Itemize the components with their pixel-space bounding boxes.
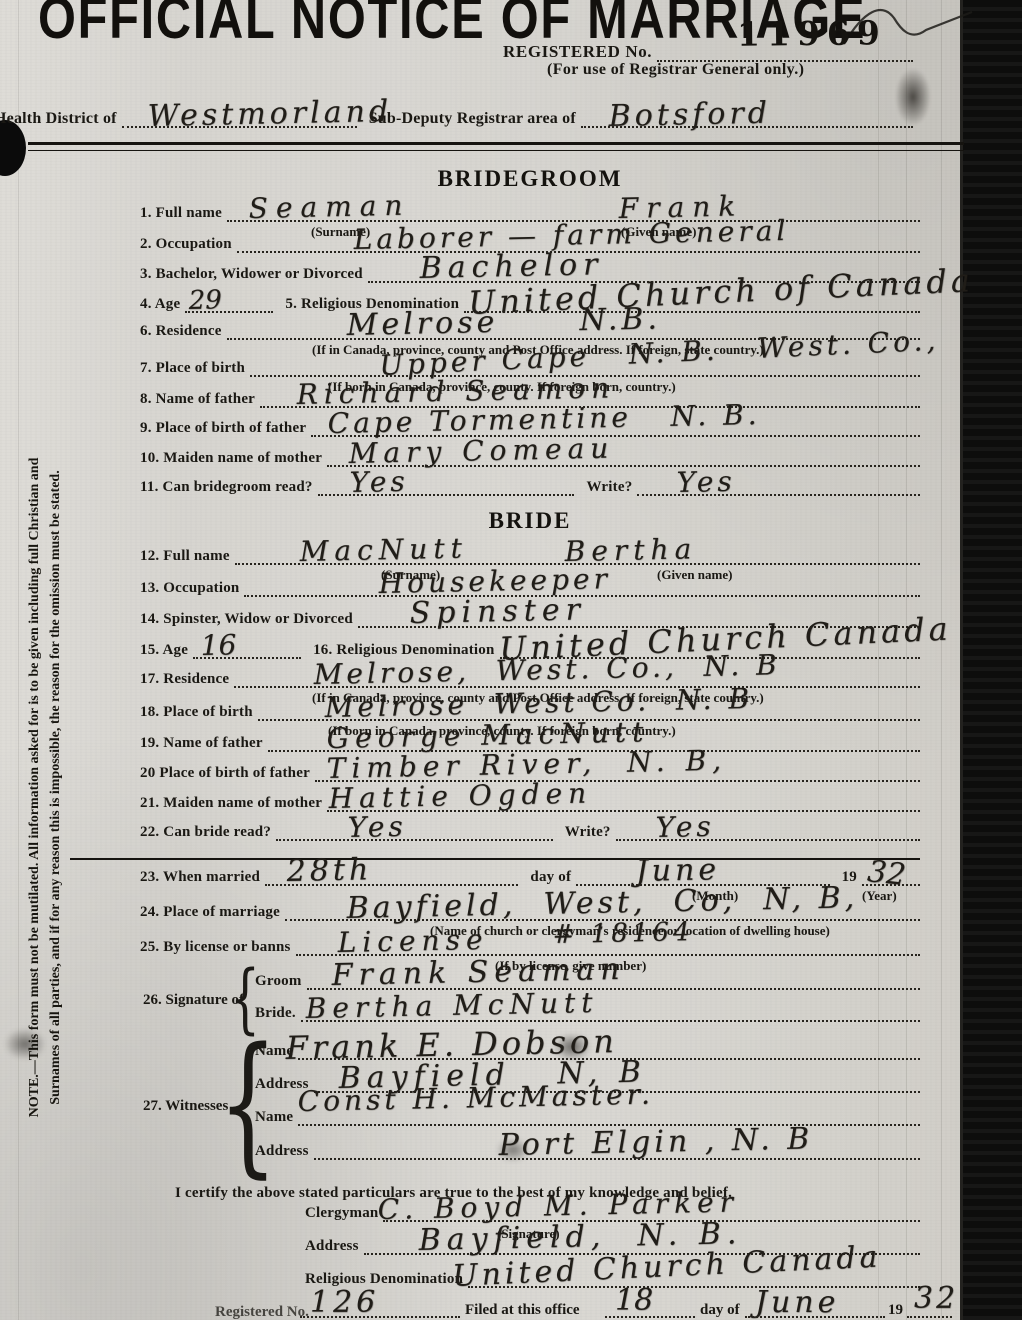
dotted-line: Yes [318, 472, 575, 496]
fold-line [18, 0, 19, 1320]
label-bride-residence: 17. Residence [140, 671, 234, 688]
footer-row: Registered No. 126 Filed at this office … [215, 1290, 942, 1320]
dotted-line: 16 [193, 635, 301, 659]
label-groom-full-name: 1. Full name [140, 205, 227, 222]
label-year-prefix: 19 [888, 1302, 903, 1319]
label-when-married: 23. When married [140, 869, 265, 886]
handwritten-witness2-address: Port Elgin , N. B [498, 1124, 813, 1161]
margin-note: NOTE.—This form must not be mutilated. A… [24, 390, 66, 1185]
handwritten-groom-read: Yes [349, 468, 409, 497]
dotted-line: Frank Seaman [307, 966, 920, 990]
dotted-line [605, 1316, 695, 1318]
label-groom-read: 11. Can bridegroom read? [140, 479, 318, 496]
label-license-or-banns: 25. By license or banns [140, 939, 296, 956]
handwritten-sub-deputy-area: Botsford [608, 99, 771, 132]
scan-black-edge [960, 0, 1022, 1320]
label-groom-status: 3. Bachelor, Widower or Divorced [140, 266, 368, 283]
margin-note-line2: Surnames of all parties, and if for any … [45, 390, 66, 1185]
label-witness-address: Address [255, 1143, 314, 1160]
row-bride-residence: 17. Residence Melrose, West. Co., N. B [140, 666, 920, 688]
label-day-of: day of [700, 1302, 740, 1319]
dotted-line: 28th [265, 862, 518, 886]
handwritten-filed-day: 18 [615, 1286, 653, 1316]
label-bride-status: 14. Spinster, Widow or Divorced [140, 611, 358, 628]
dotted-line: Cape Tormentine N. B. [311, 413, 920, 437]
label-witnesses: 27. Witnesses [143, 1098, 228, 1115]
dotted-line: Bertha McNutt [301, 998, 920, 1022]
row-witness2-address: Address Port Elgin , N. B [255, 1138, 920, 1160]
row-witness2-name: Name Const H. McMaster. [255, 1104, 920, 1126]
dotted-line: 29 [185, 289, 273, 313]
label-registered-no: Registered No. [215, 1304, 309, 1320]
handwritten-bride-mother: Hattie Ogden [328, 779, 592, 813]
label-groom-residence: 6. Residence [140, 323, 227, 340]
dotted-line [907, 1316, 952, 1318]
row-bride-full-name: 12. Full name MacNutt Bertha [140, 543, 920, 565]
double-rule [28, 142, 964, 151]
handwritten-license-word: License [337, 926, 488, 957]
label-groom-occupation: 2. Occupation [140, 236, 237, 253]
handwritten-license-number: # 18164 [552, 919, 693, 948]
handwritten-bride-surname: MacNutt [299, 534, 468, 566]
label-bride-birthplace: 18. Place of birth [140, 704, 258, 721]
handwritten-bride-birthplace: Melrose West Co. N. B [324, 685, 753, 722]
registered-number-row: REGISTERED No. [503, 40, 913, 62]
row-bride-mother: 21. Maiden name of mother Hattie Ogden [140, 790, 920, 812]
dotted-line: Yes [637, 472, 920, 496]
ink-blot [0, 120, 26, 176]
label-bride-read: 22. Can bride read? [140, 824, 276, 841]
registrar-general-note: (For use of Registrar General only.) [547, 61, 804, 79]
handwritten-bride-status: Spinster [409, 595, 586, 629]
handwritten-filed-month: June [755, 1288, 839, 1318]
label-bride-father: 19. Name of father [140, 735, 268, 752]
label-bride-father-birthplace: 20 Place of birth of father [140, 765, 315, 782]
label-groom-mother: 10. Maiden name of mother [140, 450, 327, 467]
handwritten-marriage-year: 32 [866, 857, 907, 891]
label-signature-of: 26. Signature of [143, 992, 244, 1009]
dotted-line: Botsford [581, 104, 913, 128]
label-clergyman: Clergyman [305, 1205, 383, 1222]
row-bride-literacy: 22. Can bride read? Yes Write? Yes [140, 819, 920, 841]
dotted-line [745, 1316, 885, 1318]
label-bride-full-name: 12. Full name [140, 548, 235, 565]
section-heading-bride: BRIDE [140, 508, 920, 534]
label-groom: Groom [255, 973, 307, 990]
section-heading-bridegroom: BRIDEGROOM [140, 166, 920, 192]
handwritten-health-district: Westmorland [147, 97, 392, 132]
label-witness-name: Name [255, 1109, 298, 1126]
handwritten-groom-residence: Melrose N.B. [346, 304, 661, 341]
dotted-line: Westmorland [122, 104, 357, 128]
dotted-line: Mary Comeau [327, 443, 920, 467]
handwritten-bride-write: Yes [655, 813, 715, 842]
dotted-line: Hattie Ogden [327, 788, 920, 812]
dotted-line: 32 [862, 862, 920, 886]
label-groom-father-birthplace: 9. Place of birth of father [140, 420, 311, 437]
handwritten-groom-mother: Mary Comeau [348, 434, 614, 468]
handwritten-place-of-marriage: Bayfield, West, Co, N, B, [346, 883, 858, 924]
row-bride-signature: Bride. Bertha McNutt [255, 1000, 920, 1022]
label-place-of-marriage: 24. Place of marriage [140, 904, 285, 921]
label-groom-age: 4. Age [140, 296, 185, 313]
dotted-line: Melrose, West. Co., N. B [234, 664, 920, 688]
label-groom-write: Write? [574, 479, 637, 496]
registered-number-label: REGISTERED No. [503, 42, 657, 62]
handwritten-bride-age: 16 [200, 631, 236, 660]
label-day-of: day of [518, 869, 576, 886]
handwritten-bride-signature: Bertha McNutt [305, 989, 598, 1023]
label-filed-at-office: Filed at this office [465, 1302, 580, 1319]
dotted-line: Port Elgin , N. B [314, 1136, 920, 1160]
section-divider-rule [70, 858, 920, 860]
dotted-line: Const H. McMaster. [298, 1102, 920, 1126]
health-district-label: Health District of [0, 110, 122, 128]
dotted-line [300, 1316, 460, 1318]
label-bride-occupation: 13. Occupation [140, 580, 244, 597]
dotted-line: MacNutt Bertha [235, 541, 920, 565]
dotted-line: United Church Canada [468, 1264, 920, 1288]
handwritten-filed-year: 32 [914, 1284, 958, 1314]
handwritten-registered-no: 126 [310, 1288, 379, 1318]
handwritten-bride-read: Yes [347, 813, 407, 842]
label-groom-father: 8. Name of father [140, 391, 260, 408]
label-bride-age: 15. Age [140, 642, 193, 659]
handwritten-bride-given-name: Bertha [564, 535, 697, 566]
dotted-line: Timber River, N. B, [315, 758, 920, 782]
label-bride-write: Write? [553, 824, 616, 841]
handwritten-witness2-name: Const H. McMaster. [298, 1081, 655, 1116]
dotted-line [657, 38, 913, 62]
health-district-row: Health District of Westmorland Sub-Deput… [0, 104, 913, 128]
margin-note-line1: NOTE.—This form must not be mutilated. A… [24, 390, 45, 1185]
row-groom-literacy: 11. Can bridegroom read? Yes Write? Yes [140, 474, 920, 496]
label-bride-mother: 21. Maiden name of mother [140, 795, 327, 812]
handwritten-groom-write: Yes [677, 468, 737, 497]
dotted-line: Yes [276, 817, 553, 841]
dotted-line: Bayfield, West, Co, N, B, [285, 897, 920, 921]
handwritten-marriage-month: June [636, 855, 721, 887]
row-groom-mother: 10. Maiden name of mother Mary Comeau [140, 445, 920, 467]
marriage-notice-scan: NOTE.—This form must not be mutilated. A… [0, 0, 1022, 1320]
handwritten-groom-surname: Seaman [248, 192, 410, 223]
row-place-of-marriage: 24. Place of marriage Bayfield, West, Co… [140, 899, 920, 921]
label-groom-birthplace: 7. Place of birth [140, 360, 250, 377]
fold-line [941, 0, 942, 1320]
handwritten-groom-age: 29 [189, 287, 223, 314]
handwritten-marriage-day: 28th [286, 855, 372, 887]
label-clergyman-address: Address [305, 1238, 364, 1255]
dotted-line: Yes [616, 817, 920, 841]
